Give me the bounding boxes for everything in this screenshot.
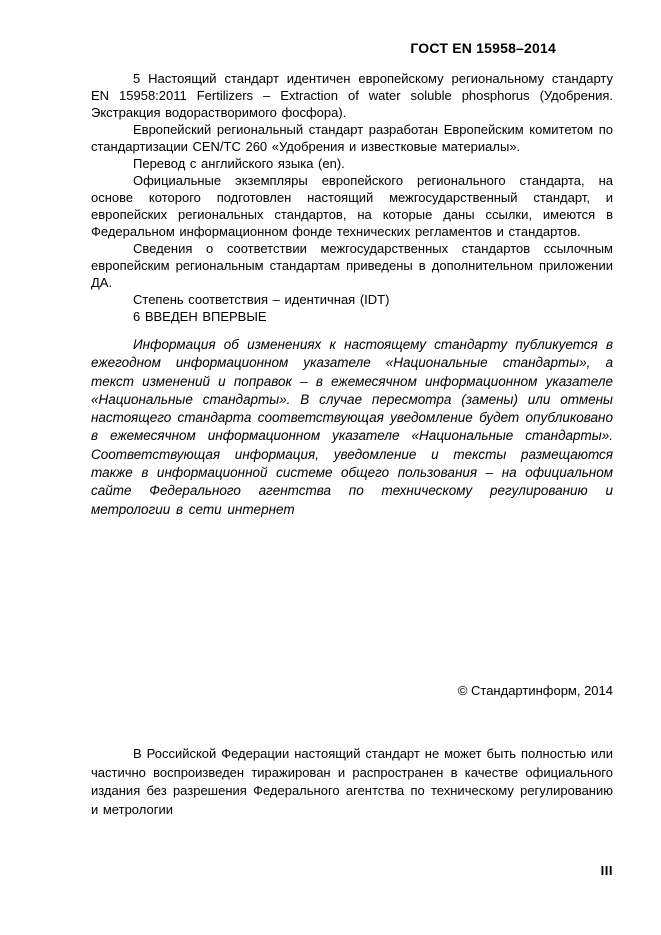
foreword-section: ГОСТ EN 15958–2014 5 Настоящий стандарт …: [91, 40, 613, 519]
foreword-paragraph-official-copies: Официальные экземпляры европейского реги…: [91, 172, 613, 240]
amendments-notice: Информация об изменениях к настоящему ст…: [91, 336, 613, 519]
copyright-notice: © Стандартинформ, 2014: [458, 683, 613, 698]
document-page: ГОСТ EN 15958–2014 5 Настоящий стандарт …: [0, 0, 661, 935]
foreword-paragraph-translation: Перевод с английского языка (en).: [91, 155, 613, 172]
foreword-paragraph-conformity-degree: Степень соответствия – идентичная (IDT): [91, 291, 613, 308]
foreword-paragraph-introduced-first: 6 ВВЕДЕН ВПЕРВЫЕ: [91, 308, 613, 325]
reproduction-restriction: В Российской Федерации настоящий стандар…: [91, 745, 613, 819]
page-number: III: [601, 863, 613, 878]
foreword-paragraph-developer: Европейский региональный стандарт разраб…: [91, 121, 613, 155]
running-header: ГОСТ EN 15958–2014: [91, 40, 613, 56]
foreword-paragraph-identity: 5 Настоящий стандарт идентичен европейск…: [91, 70, 613, 121]
foreword-paragraph-correspondence: Сведения о соответствии межгосударственн…: [91, 240, 613, 291]
